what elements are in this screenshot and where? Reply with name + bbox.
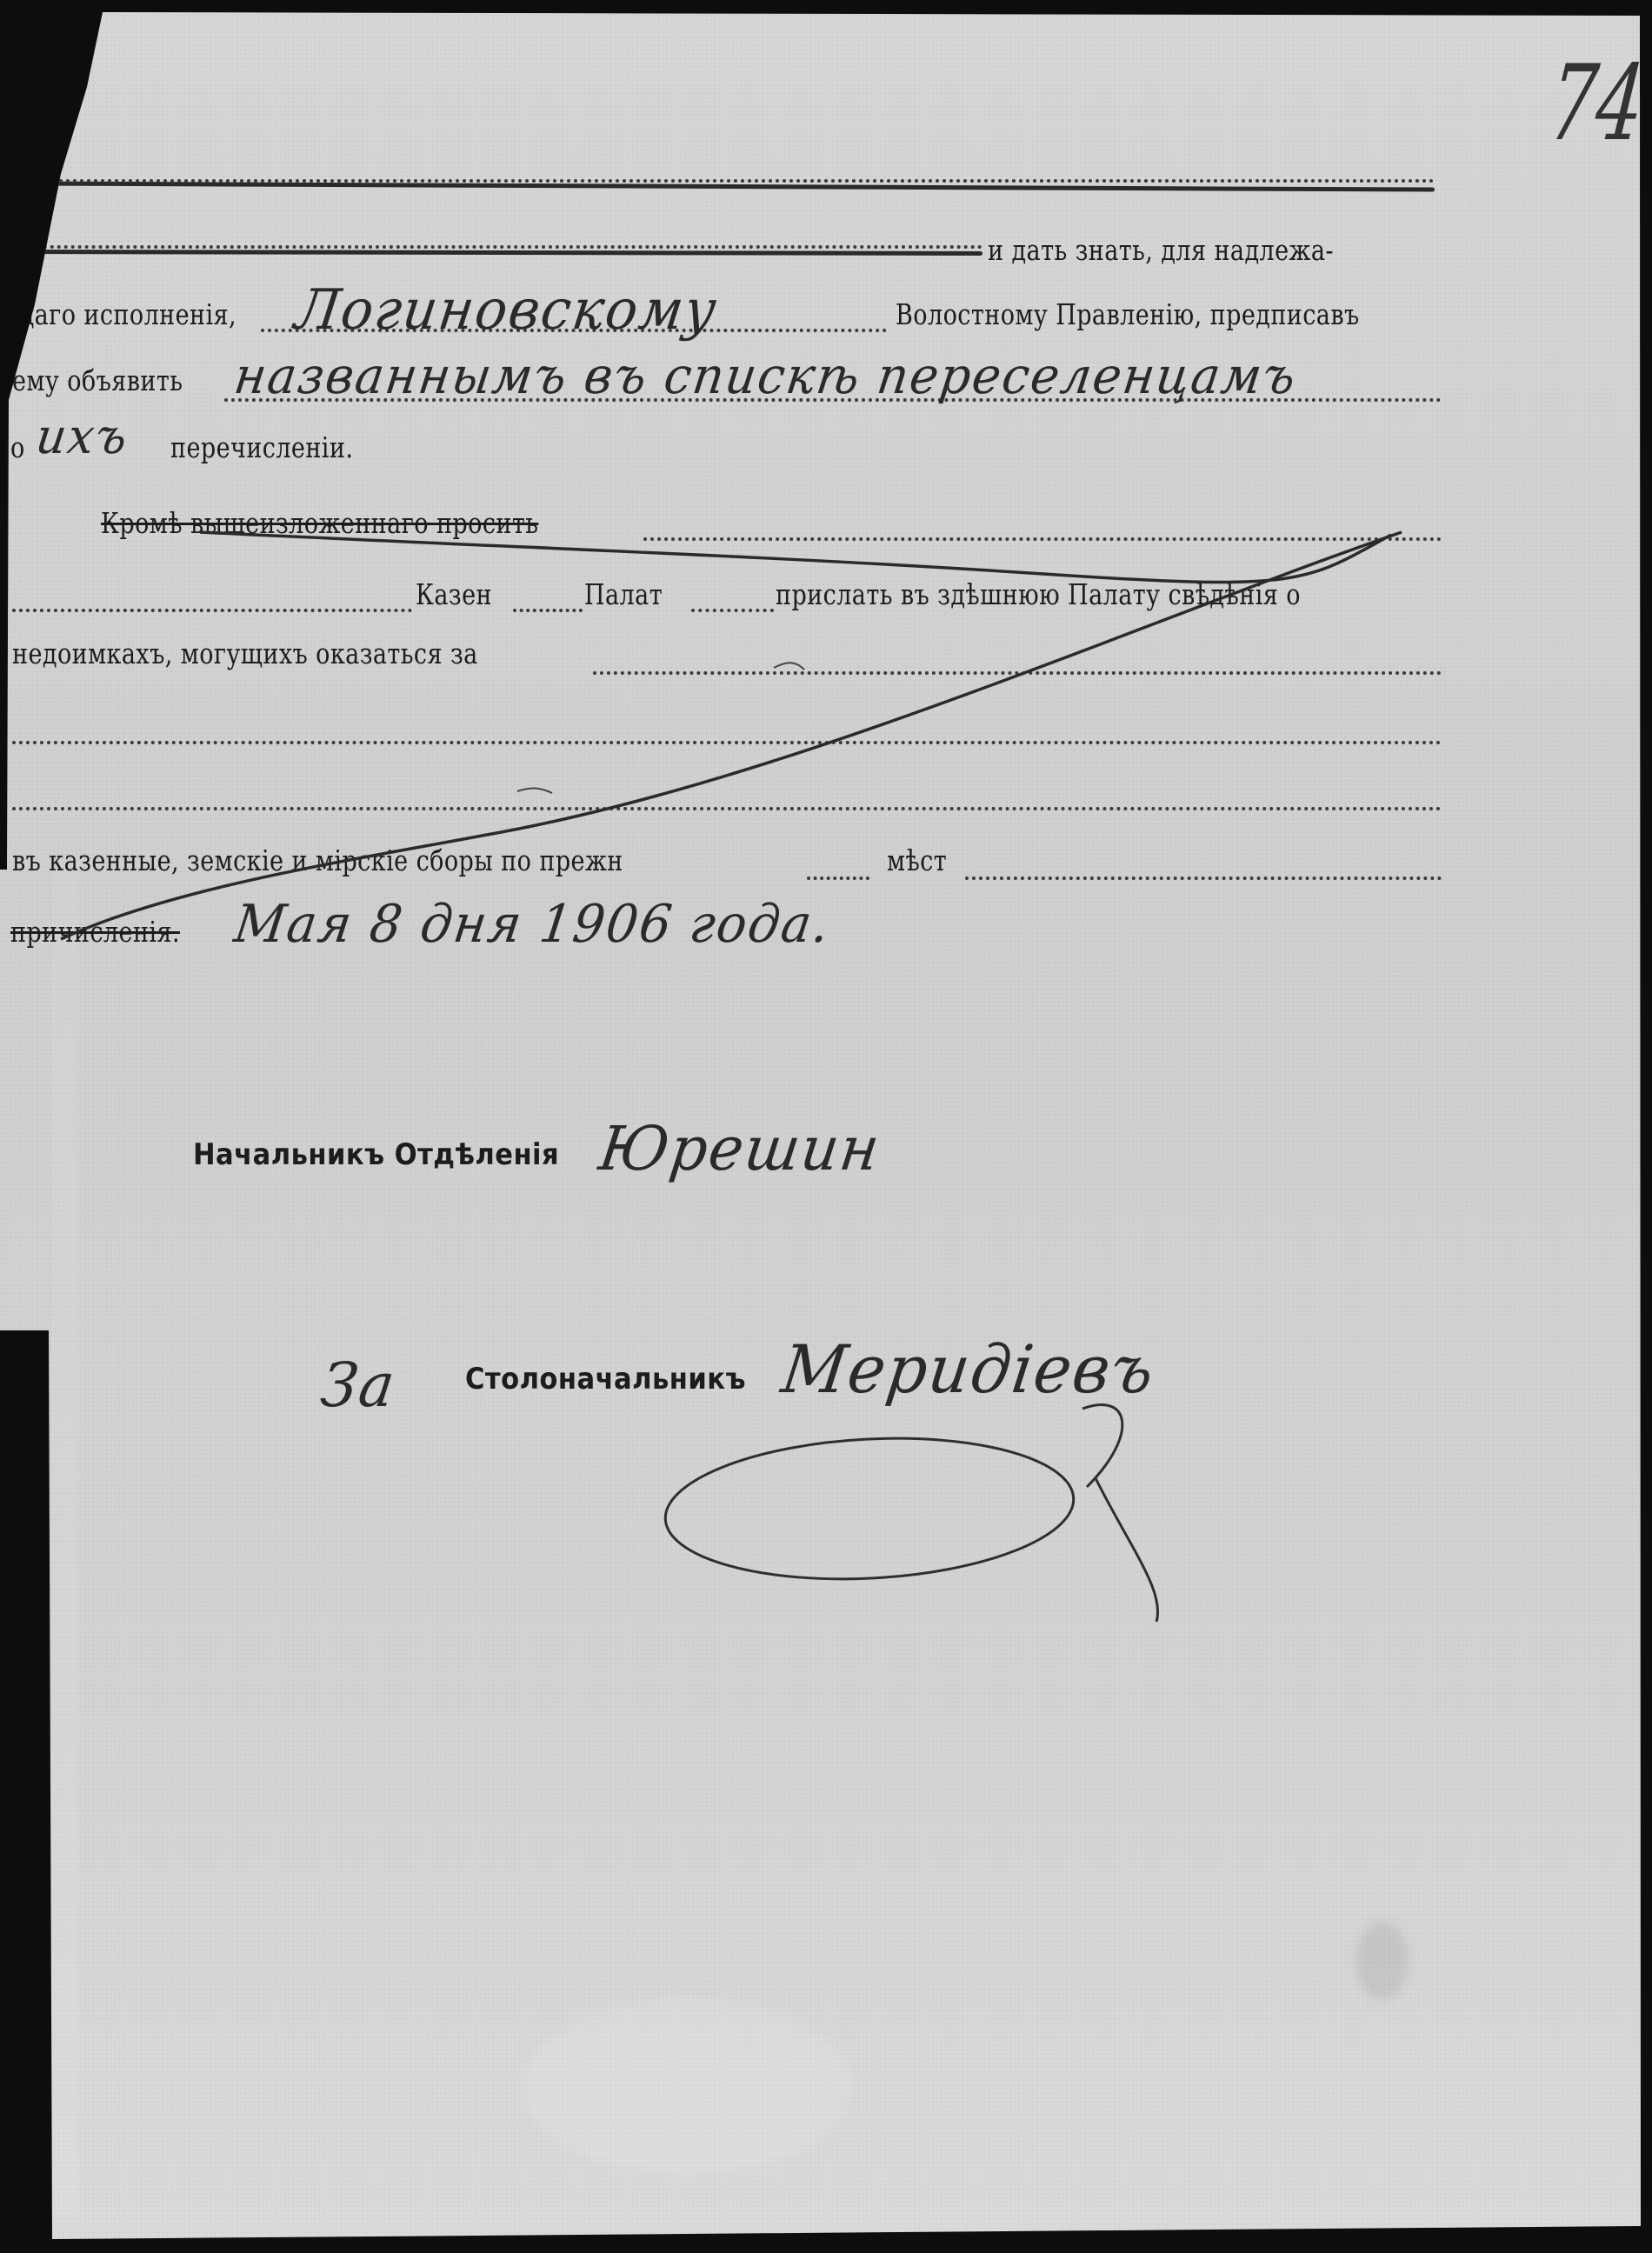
page-number: 74 [1544, 43, 1650, 164]
text-line-4b: перечисленіи. [170, 430, 353, 464]
dotted-blank [807, 877, 869, 880]
text-line-2a: щаго исполненія, [12, 297, 236, 331]
text-line-7: недоимкахъ, могущихъ оказаться за [12, 637, 478, 670]
filled-blank-rule [17, 181, 1435, 191]
text-line-8b: мѣст [887, 843, 947, 877]
dotted-blank [9, 245, 983, 249]
handwritten-word: ихъ [33, 409, 132, 465]
dotted-blank [12, 609, 412, 612]
text-line-6b: Палат [584, 577, 663, 611]
text-line-2b: Волостному Правленію, предписавъ [896, 297, 1360, 331]
signature-flourish-icon [662, 1429, 1077, 1589]
dotted-blank [691, 609, 774, 612]
text-line-4a: о [10, 430, 25, 464]
paper-light-patch [522, 2000, 852, 2174]
handwritten-instruction: названнымъ въ спискѣ переселенцамъ [230, 346, 1300, 405]
paper-fold [52, 870, 78, 2217]
dotted-blank [12, 807, 1442, 810]
text-line-1: и дать знать, для надлежа- [988, 233, 1334, 267]
text-line-3: ему объявить [12, 363, 183, 397]
document-page: 74 и дать знать, для надлежа- щаго испол… [0, 0, 1652, 2253]
filled-blank-rule [9, 250, 983, 256]
clerk-title: Столоначальникъ [465, 1362, 746, 1396]
text-line-6c: прислать въ здѣшнюю Палату свѣдѣнія о [776, 577, 1301, 611]
dotted-blank [643, 537, 1442, 541]
struck-text-line-5: Кромѣ вышеизложеннаго просить [101, 506, 538, 540]
clerk-prefix-handwritten: За [317, 1350, 401, 1421]
dotted-blank [593, 671, 1442, 675]
dotted-blank [965, 877, 1442, 880]
dotted-blank [12, 741, 1442, 744]
struck-text-line-9: причисленія. [10, 915, 180, 949]
handwritten-date: Мая 8 дня 1906 года. [230, 894, 834, 955]
dotted-blank [17, 179, 1435, 183]
clerk-signature: Меридіевъ [777, 1330, 1160, 1408]
text-line-6a: Казен [416, 577, 492, 611]
text-line-8: въ казенные, земскіе и мірскіе сборы по … [12, 843, 623, 877]
paper-stain [1356, 1922, 1409, 2000]
head-signature: Юрешин [596, 1113, 885, 1184]
handwritten-volost-name: Логиновскому [291, 278, 722, 343]
head-of-department-title: Начальникъ Отдѣленія [193, 1137, 559, 1172]
dotted-blank [513, 609, 583, 612]
